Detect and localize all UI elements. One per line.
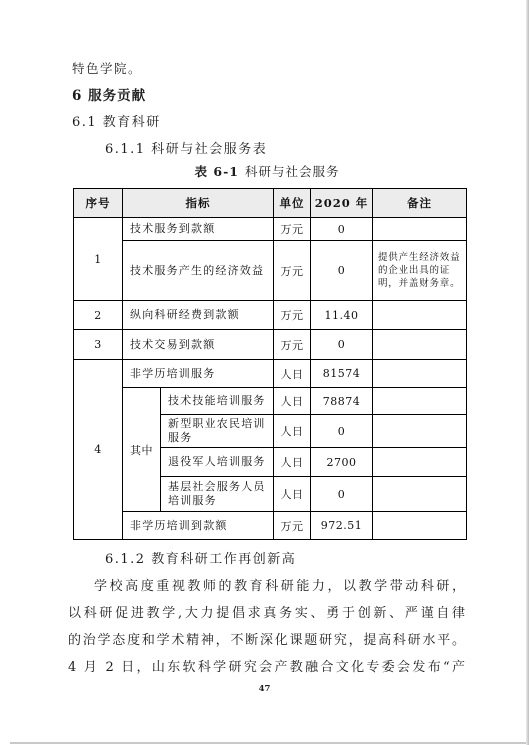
- cell-unit: 人日: [274, 360, 311, 388]
- cell-indicator: 新型职业农民培训服务: [161, 415, 274, 448]
- cell-unit: 万元: [274, 218, 311, 241]
- intro-text: 特色学院。: [72, 60, 466, 78]
- cell-value: 11.40: [311, 301, 373, 330]
- page-content: 特色学院。 6 服务贡献 6.1 教育科研 6.1.1 科研与社会服务表 表 6…: [68, 60, 466, 681]
- cell-group: 其中: [123, 388, 161, 512]
- cell-indicator: 退役军人培训服务: [161, 448, 274, 477]
- table-header-row: 序号 指标 单位 2020 年 备注: [74, 189, 467, 218]
- cell-remark: [373, 448, 467, 477]
- cell-num: 4: [74, 360, 123, 540]
- table-row: 2 纵向科研经费到款额 万元 11.40: [74, 301, 467, 330]
- cell-value: 78874: [311, 388, 373, 415]
- table-row: 其中 技术技能培训服务 人日 78874: [74, 388, 467, 415]
- cell-indicator: 技术技能培训服务: [161, 388, 274, 415]
- paragraph-line: 的治学态度和学术精神，不断深化课题研究，提高科研水平。: [68, 627, 466, 654]
- cell-remark: [373, 330, 467, 360]
- cell-value: 0: [311, 477, 373, 512]
- paragraph-line: 4 月 2 日，山东软科学研究会产教融合文化专委会发布“产: [68, 654, 466, 681]
- cell-remark: [373, 388, 467, 415]
- cell-indicator: 技术服务产生的经济效益: [123, 241, 274, 301]
- document-page: 特色学院。 6 服务贡献 6.1 教育科研 6.1.1 科研与社会服务表 表 6…: [0, 0, 529, 745]
- cell-indicator: 技术交易到款额: [123, 330, 274, 360]
- cell-num: 2: [74, 301, 123, 330]
- table-row: 1 技术服务到款额 万元 0: [74, 218, 467, 241]
- cell-unit: 万元: [274, 241, 311, 301]
- subsection-heading: 6.1 教育科研: [72, 114, 466, 132]
- cell-remark: 提供产生经济效益的企业出具的证明，并盖财务章。: [373, 241, 467, 301]
- cell-value: 0: [311, 415, 373, 448]
- cell-unit: 万元: [274, 512, 311, 540]
- table-caption: 表 6-1科研与社会服务: [68, 163, 466, 181]
- table-row: 非学历培训到款额 万元 972.51: [74, 512, 467, 540]
- cell-unit: 人日: [274, 448, 311, 477]
- paragraph-line: 学校高度重视教师的教育科研能力，以教学带动科研，: [68, 573, 466, 600]
- header-year: 2020 年: [311, 189, 373, 218]
- cell-indicator: 纵向科研经费到款额: [123, 301, 274, 330]
- subsubsection-heading: 6.1.1 科研与社会服务表: [105, 141, 466, 159]
- section-heading: 6 服务贡献: [72, 87, 466, 106]
- cell-remark: [373, 301, 467, 330]
- paragraph-line: 以科研促进教学,大力提倡求真务实、勇于创新、严谨自律: [68, 600, 466, 627]
- research-service-table: 序号 指标 单位 2020 年 备注 1 技术服务到款额 万元 0 技术服务产生…: [73, 188, 467, 540]
- cell-remark: [373, 415, 467, 448]
- cell-remark: [373, 512, 467, 540]
- cell-indicator: 技术服务到款额: [123, 218, 274, 241]
- cell-value: 972.51: [311, 512, 373, 540]
- table-caption-title: 科研与社会服务: [245, 164, 340, 179]
- page-edge-bottom: [10, 742, 526, 744]
- table-row: 3 技术交易到款额 万元 0: [74, 330, 467, 360]
- cell-indicator: 非学历培训到款额: [123, 512, 274, 540]
- next-section-heading: 6.1.2 教育科研工作再创新高: [105, 551, 466, 569]
- cell-unit: 万元: [274, 301, 311, 330]
- page-number: 47: [0, 684, 529, 694]
- table-row: 4 非学历培训服务 人日 81574: [74, 360, 467, 388]
- header-unit: 单位: [274, 189, 311, 218]
- cell-unit: 万元: [274, 330, 311, 360]
- cell-value: 0: [311, 330, 373, 360]
- cell-remark: [373, 218, 467, 241]
- table-row: 技术服务产生的经济效益 万元 0 提供产生经济效益的企业出具的证明，并盖财务章。: [74, 241, 467, 301]
- header-num: 序号: [74, 189, 123, 218]
- cell-unit: 人日: [274, 388, 311, 415]
- cell-value: 0: [311, 218, 373, 241]
- cell-value: 2700: [311, 448, 373, 477]
- cell-indicator: 非学历培训服务: [123, 360, 274, 388]
- body-paragraph: 学校高度重视教师的教育科研能力，以教学带动科研， 以科研促进教学,大力提倡求真务…: [68, 573, 466, 681]
- header-indicator: 指标: [123, 189, 274, 218]
- cell-value: 81574: [311, 360, 373, 388]
- cell-indicator: 基层社会服务人员培训服务: [161, 477, 274, 512]
- cell-value: 0: [311, 241, 373, 301]
- cell-num: 1: [74, 218, 123, 301]
- cell-remark: [373, 477, 467, 512]
- cell-remark: [373, 360, 467, 388]
- cell-unit: 人日: [274, 477, 311, 512]
- header-remark: 备注: [373, 189, 467, 218]
- cell-unit: 人日: [274, 415, 311, 448]
- table-caption-label: 表 6-1: [195, 164, 239, 179]
- cell-num: 3: [74, 330, 123, 360]
